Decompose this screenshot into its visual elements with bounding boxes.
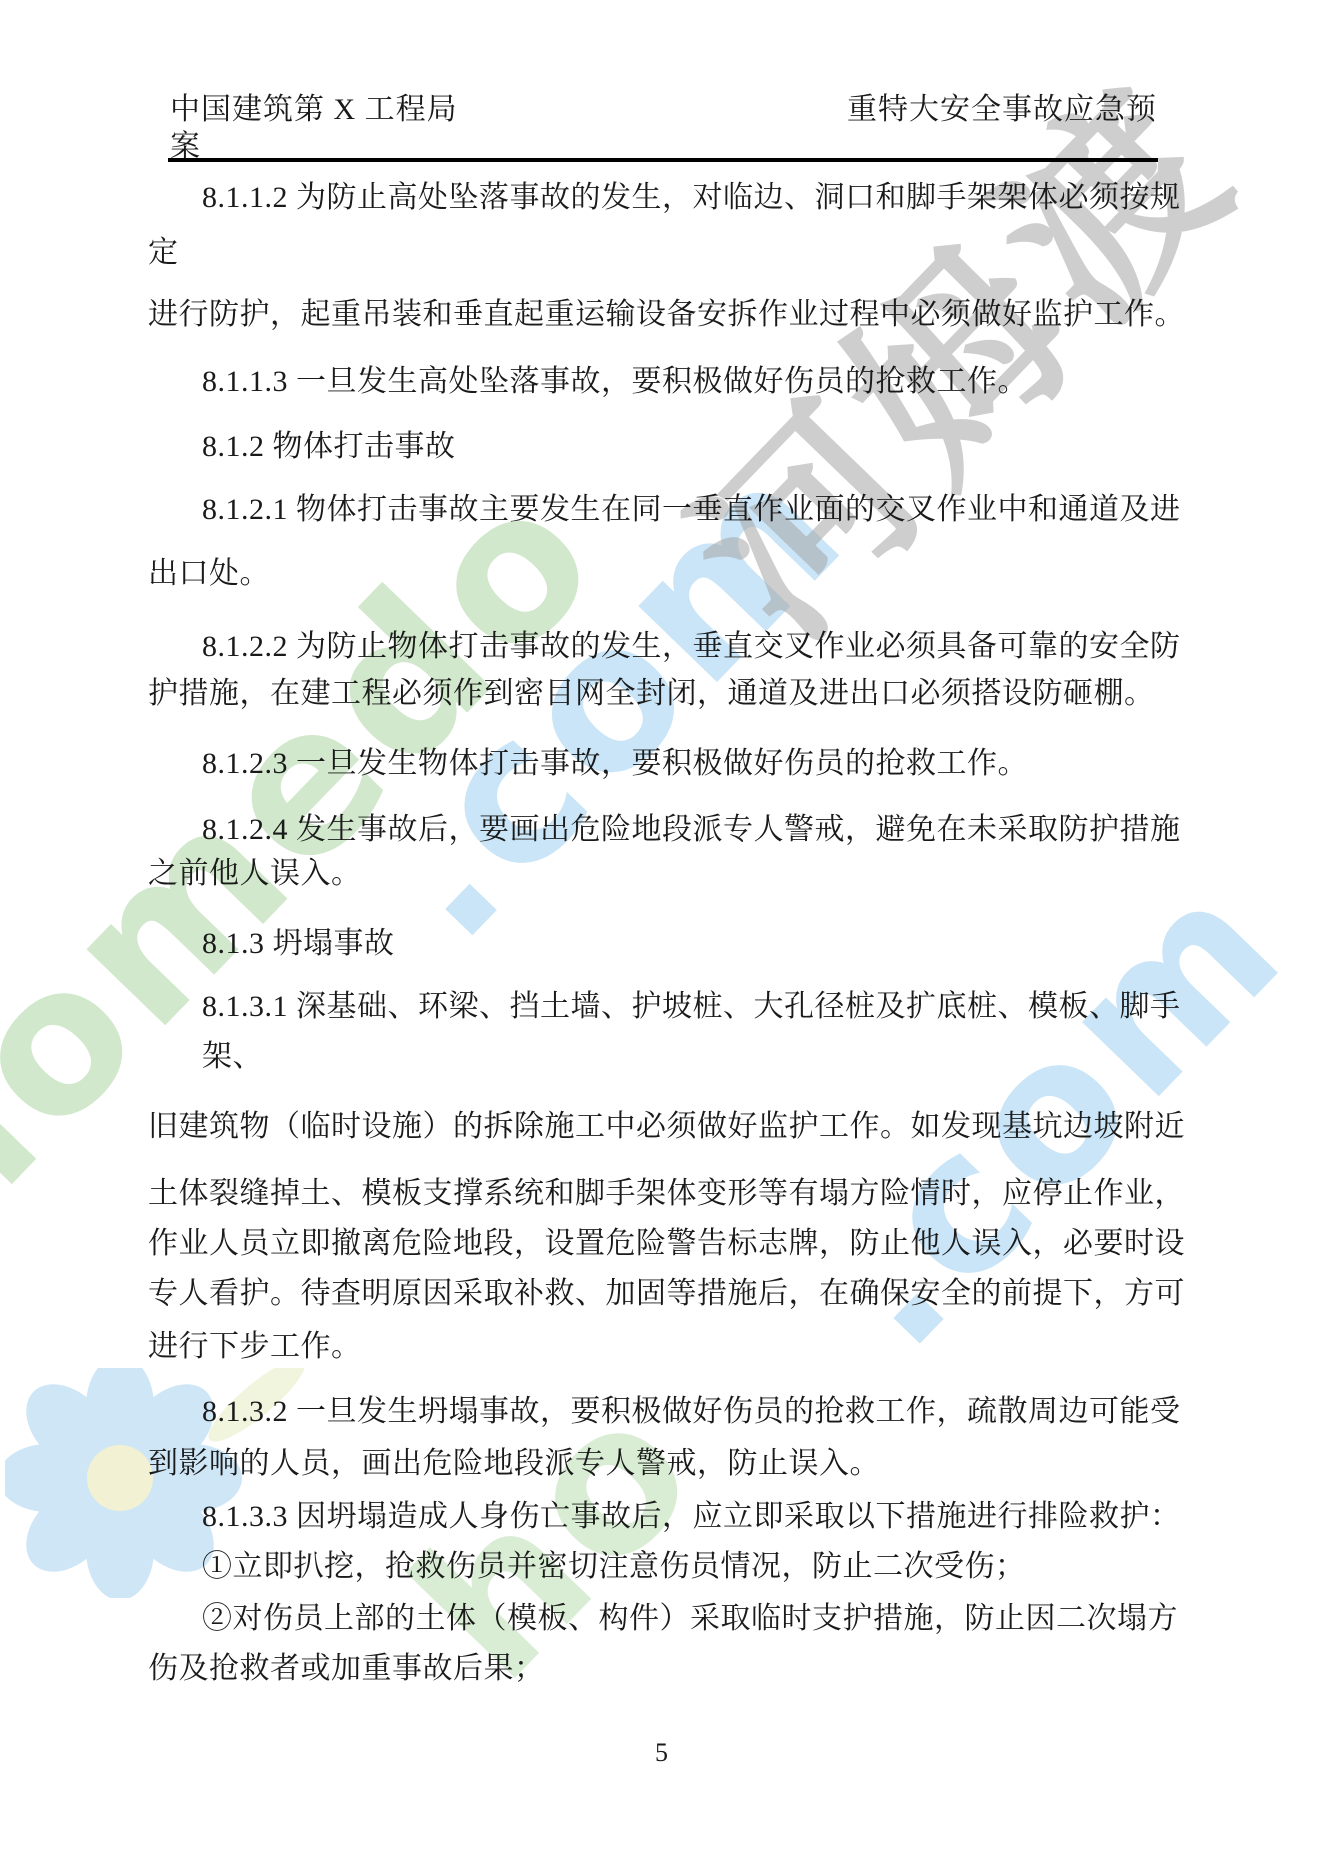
body-line: 8.1.2 物体打击事故 bbox=[148, 431, 1188, 463]
body-line: 伤及抢救者或加重事故后果； bbox=[148, 1653, 1188, 1685]
body-line: 作业人员立即撤离危险地段，设置危险警告标志牌，防止他人误入，必要时设 bbox=[148, 1228, 1188, 1260]
page-number: 5 bbox=[0, 1738, 1323, 1768]
body-line: 8.1.1.2 为防止高处坠落事故的发生，对临边、洞口和脚手架架体必须按规 bbox=[148, 182, 1188, 214]
document-page: homedo .com 河姆渡 .com ho 中国建筑第 X 工程局 重特大安… bbox=[0, 0, 1323, 1871]
body-line: 8.1.3 坍塌事故 bbox=[148, 928, 1188, 960]
body-line: 8.1.3.3 因坍塌造成人身伤亡事故后，应立即采取以下措施进行排险救护： bbox=[148, 1501, 1188, 1533]
body-line: 进行防护，起重吊装和垂直起重运输设备安拆作业过程中必须做好监护工作。 bbox=[148, 299, 1188, 331]
body-line: 进行下步工作。 bbox=[148, 1331, 1188, 1363]
body-line: 8.1.2.2 为防止物体打击事故的发生，垂直交叉作业必须具备可靠的安全防 bbox=[148, 631, 1188, 663]
body-line: 架、 bbox=[148, 1041, 1188, 1073]
header-doc-title: 重特大安全事故应急预 bbox=[847, 84, 1157, 128]
body-line: 定 bbox=[148, 237, 1188, 269]
body-line: 到影响的人员，画出危险地段派专人警戒，防止误入。 bbox=[148, 1448, 1188, 1480]
body-line: 8.1.2.4 发生事故后，要画出危险地段派专人警戒，避免在未采取防护措施 bbox=[148, 814, 1188, 846]
body-line: 护措施，在建工程必须作到密目网全封闭，通道及进出口必须搭设防砸棚。 bbox=[148, 678, 1188, 710]
body-line: ①立即扒挖，抢救伤员并密切注意伤员情况，防止二次受伤； bbox=[148, 1551, 1188, 1583]
body-line: 之前他人误入。 bbox=[148, 858, 1188, 890]
body-line: 专人看护。待查明原因采取补救、加固等措施后，在确保安全的前提下，方可 bbox=[148, 1278, 1188, 1310]
body-line: 8.1.3.2 一旦发生坍塌事故，要积极做好伤员的抢救工作，疏散周边可能受 bbox=[148, 1396, 1188, 1428]
body-line: ②对伤员上部的土体（模板、构件）采取临时支护措施，防止因二次塌方 bbox=[148, 1603, 1188, 1635]
header-divider-rule bbox=[168, 158, 1158, 162]
body-line: 旧建筑物（临时设施）的拆除施工中必须做好监护工作。如发现基坑边坡附近 bbox=[148, 1111, 1188, 1143]
body-line: 出口处。 bbox=[148, 558, 1188, 590]
body-line: 8.1.2.1 物体打击事故主要发生在同一垂直作业面的交叉作业中和通道及进 bbox=[148, 494, 1188, 526]
body-line: 土体裂缝掉土、模板支撑系统和脚手架体变形等有塌方险情时，应停止作业， bbox=[148, 1178, 1188, 1210]
body-line: 8.1.1.3 一旦发生高处坠落事故，要积极做好伤员的抢救工作。 bbox=[148, 366, 1188, 398]
body-line: 8.1.2.3 一旦发生物体打击事故，要积极做好伤员的抢救工作。 bbox=[148, 748, 1188, 780]
header-company-title: 中国建筑第 X 工程局 bbox=[170, 84, 458, 128]
body-line: 8.1.3.1 深基础、环梁、挡土墙、护坡桩、大孔径桩及扩底桩、模板、脚手 bbox=[148, 991, 1188, 1023]
